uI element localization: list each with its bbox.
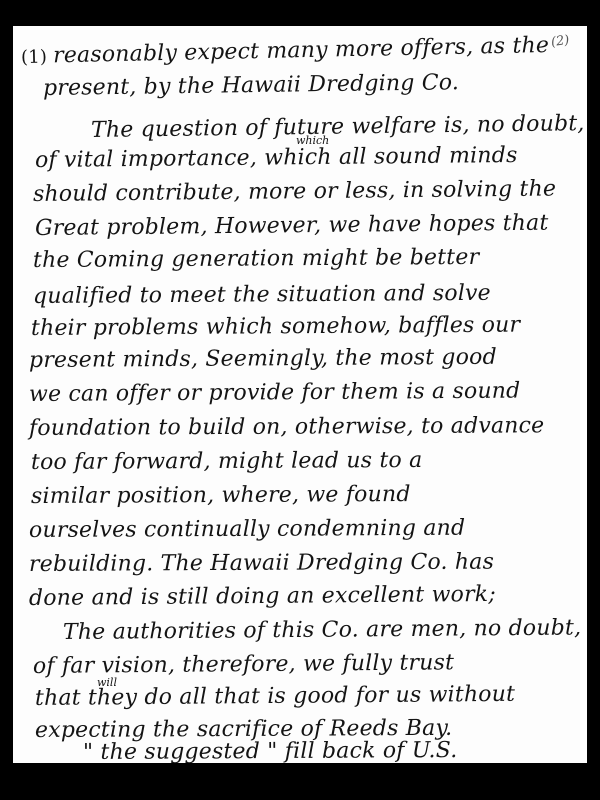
text-line-3: The question of future welfare is, no do… <box>91 111 585 143</box>
text-line-6: Great problem, However, we have hopes th… <box>35 211 549 241</box>
text-line-22: " the suggested " fill back of U.S. <box>83 738 458 763</box>
scanned-letter-page: (2) (1)reasonably expect many more offer… <box>13 26 587 763</box>
text-line-18: The authorities of this Co. are men, no … <box>63 615 581 645</box>
page-marker: (1) <box>21 46 48 68</box>
text-line-7: the Coming generation might be better <box>33 245 479 273</box>
text-line-16: rebuilding. The Hawaii Dredging Co. has <box>29 550 494 577</box>
text-line-17: done and is still doing an excellent wor… <box>29 582 496 611</box>
page-number: (2) <box>550 33 570 50</box>
text-line-2: present, by the Hawaii Dredging Co. <box>43 70 459 101</box>
text-line-13: too far forward, might lead us to a <box>31 448 423 475</box>
text-line-15: ourselves continually condemning and <box>29 516 465 543</box>
text-line-14: similar position, where, we found <box>31 482 411 509</box>
text-line-5: should contribute, more or less, in solv… <box>33 177 556 207</box>
text-line-10: present minds, Seemingly, the most good <box>29 345 497 373</box>
text-line-4: of vital importance, which all sound min… <box>35 143 518 173</box>
text-line-20: that they do all that is good for us wit… <box>35 682 515 711</box>
text-line-19: of far vision, therefore, we fully trust <box>33 650 454 679</box>
text-line-1: (1)reasonably expect many more offers, a… <box>21 33 550 69</box>
text-line-9: their problems which somehow, baffles ou… <box>31 313 520 341</box>
text-line-11: we can offer or provide for them is a so… <box>29 379 521 407</box>
text-line-12: foundation to build on, otherwise, to ad… <box>29 413 545 441</box>
text-line-8: qualified to meet the situation and solv… <box>33 281 491 309</box>
